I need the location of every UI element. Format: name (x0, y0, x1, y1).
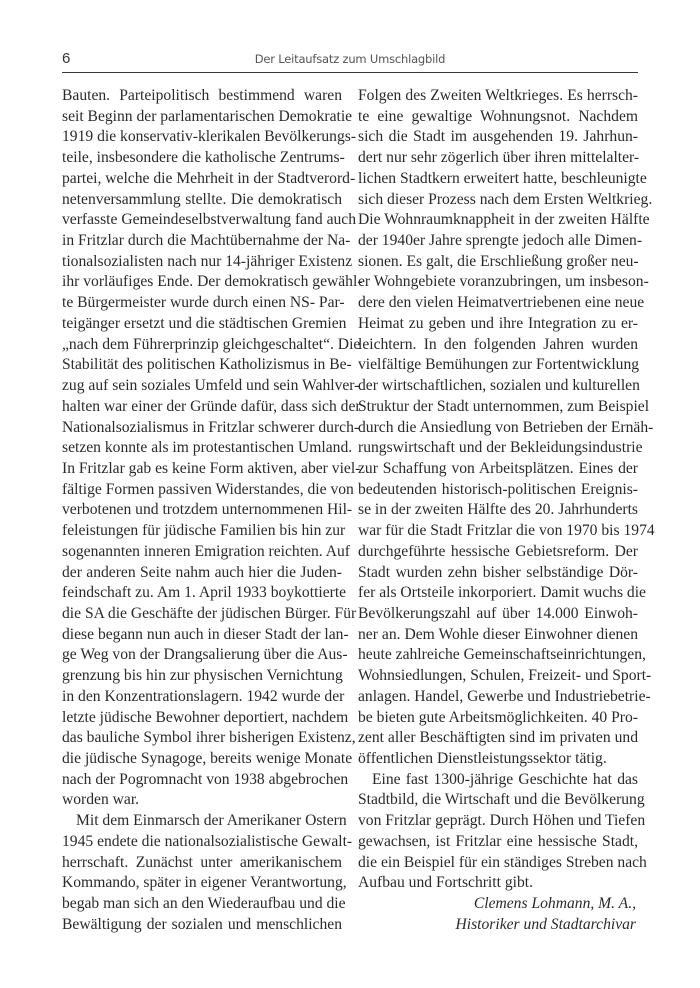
text-line: in den Konzentrationslagern. 1942 wurde … (62, 687, 342, 708)
text-line: setzen konnte als im protestantischen Um… (62, 438, 342, 459)
text-line: Heimat zu geben und ihre Integration zu … (358, 314, 638, 335)
text-line: Aufbau und Fortschritt gibt. (358, 873, 638, 894)
text-line: 1945 endete die nationalsozialistische G… (62, 832, 342, 853)
text-line: teile, insbesondere die katholische Zent… (62, 148, 342, 169)
text-line: feleistungen für jüdische Familien bis h… (62, 521, 342, 542)
text-line: diese begann nun auch in dieser Stadt de… (62, 625, 342, 646)
text-line: von Fritzlar geprägt. Durch Höhen und Ti… (358, 811, 638, 832)
text-line: feindschaft zu. Am 1. April 1933 boykott… (62, 583, 342, 604)
text-line: Stabilität des politischen Katholizismus… (62, 355, 342, 376)
text-line: er Wohngebiete voranzubringen, um insbes… (358, 272, 638, 293)
text-line: der 1940er Jahre sprengte jedoch alle Di… (358, 231, 638, 252)
text-line: halten war einer der Gründe dafür, dass … (62, 397, 342, 418)
text-line: rungswirtschaft und der Bekleidungsindus… (358, 438, 638, 459)
text-line: begab man sich an den Wiederaufbau und d… (62, 894, 342, 915)
text-line: worden war. (62, 790, 342, 811)
text-line: bedeutenden historisch-politischen Ereig… (358, 480, 638, 501)
text-line: zug auf sein soziales Umfeld und sein Wa… (62, 376, 342, 397)
text-line: Bewältigung der sozialen und menschliche… (62, 915, 342, 936)
text-line: dert nur sehr zögerlich über ihren mitte… (358, 148, 638, 169)
text-line: grenzung bis hin zur physischen Vernicht… (62, 666, 342, 687)
text-line: die SA die Geschäfte der jüdischen Bürge… (62, 604, 342, 625)
text-line: heute zahlreiche Gemeinschaftseinrichtun… (358, 645, 638, 666)
text-line: fältige Formen passiven Widerstandes, di… (62, 480, 342, 501)
text-line: „nach dem Führerprinzip gleichgeschaltet… (62, 335, 342, 356)
text-line: sich die Stadt im ausgehenden 19. Jahrhu… (358, 127, 638, 148)
text-line: sogenannten inneren Emigration reichten.… (62, 542, 342, 563)
text-line: In Fritzlar gab es keine Form aktiven, a… (62, 459, 342, 480)
text-line: Die Wohnraumknappheit in der zweiten Häl… (358, 210, 638, 231)
text-line: Folgen des Zweiten Weltkrieges. Es herrs… (358, 86, 638, 107)
text-line: gewachsen, ist Fritzlar eine hessische S… (358, 832, 638, 853)
text-line: tionalsozialisten nach nur 14-jähriger E… (62, 252, 342, 273)
text-line: verbotenen und trotzdem unternommenen Hi… (62, 500, 342, 521)
text-line: Mit dem Einmarsch der Amerikaner Ostern (62, 811, 342, 832)
right-column: Folgen des Zweiten Weltkrieges. Es herrs… (358, 86, 638, 935)
text-line: Stadt wurden zehn bisher selbständige Dö… (358, 563, 638, 584)
signature-role: Historiker und Stadtarchivar (358, 915, 638, 936)
text-line: der wirtschaftlichen, sozialen und kultu… (358, 376, 638, 397)
text-line: Nationalsozialismus in Fritzlar schwerer… (62, 418, 342, 439)
text-line: letzte jüdische Bewohner deportiert, nac… (62, 708, 342, 729)
text-line: ihr vorläufiges Ende. Der demokratisch g… (62, 272, 342, 293)
text-line: nach der Pogromnacht von 1938 abgebroche… (62, 770, 342, 791)
running-title: Der Leitaufsatz zum Umschlagbild (62, 52, 638, 66)
text-line: war für die Stadt Fritzlar die von 1970 … (358, 521, 638, 542)
text-line: 1919 die konservativ-klerikalen Bevölker… (62, 127, 342, 148)
text-line: Kommando, später in eigener Verantwortun… (62, 873, 342, 894)
text-line: sich dieser Prozess nach dem Ersten Welt… (358, 190, 638, 211)
text-line: te eine gewaltige Wohnungsnot. Nachdem (358, 107, 638, 128)
text-line: lichen Stadtkern erweitert hatte, beschl… (358, 169, 638, 190)
text-line: ner an. Dem Wohle dieser Einwohner diene… (358, 625, 638, 646)
text-line: Stadtbild, die Wirtschaft und die Bevölk… (358, 790, 638, 811)
text-line: zur Schaffung von Arbeitsplätzen. Eines … (358, 459, 638, 480)
text-line: sionen. Es galt, die Erschließung großer… (358, 252, 638, 273)
text-line: Struktur der Stadt unternommen, zum Beis… (358, 397, 638, 418)
text-line: durchgeführte hessische Gebietsreform. D… (358, 542, 638, 563)
text-line: herrschaft. Zunächst unter amerikanische… (62, 853, 342, 874)
text-line: die ein Beispiel für ein ständiges Streb… (358, 853, 638, 874)
text-line: be bieten gute Arbeitsmöglichkeiten. 40 … (358, 708, 638, 729)
text-line: seit Beginn der parlamentarischen Demokr… (62, 107, 342, 128)
text-line: in Fritzlar durch die Machtübernahme der… (62, 231, 342, 252)
text-line: zent aller Beschäftigten sind im private… (358, 728, 638, 749)
text-line: vielfältige Bemühungen zur Fortentwicklu… (358, 355, 638, 376)
text-line: durch die Ansiedlung von Betrieben der E… (358, 418, 638, 439)
text-line: netenversammlung stellte. Die demokratis… (62, 190, 342, 211)
text-line: Bevölkerungszahl auf über 14.000 Einwoh- (358, 604, 638, 625)
text-line: se in der zweiten Hälfte des 20. Jahrhun… (358, 500, 638, 521)
text-line: dere den vielen Heimatvertriebenen eine … (358, 293, 638, 314)
text-line: der anderen Seite nahm auch hier die Jud… (62, 563, 342, 584)
text-line: te Bürgermeister wurde durch einen NS- P… (62, 293, 342, 314)
left-column: Bauten. Parteipolitisch bestimmend waren… (62, 86, 342, 935)
text-line: das bauliche Symbol ihrer bisherigen Exi… (62, 728, 342, 749)
text-line: Wohnsiedlungen, Schulen, Freizeit- und S… (358, 666, 638, 687)
text-line: Bauten. Parteipolitisch bestimmend waren (62, 86, 342, 107)
text-line: ge Weg von der Drangsalierung über die A… (62, 645, 342, 666)
text-line: Eine fast 1300-jährige Geschichte hat da… (358, 770, 638, 791)
text-line: anlagen. Handel, Gewerbe und Industriebe… (358, 687, 638, 708)
text-line: verfasste Gemeindeselbstverwaltung fand … (62, 210, 342, 231)
text-line: öffentlichen Dienstleistungssektor tätig… (358, 749, 638, 770)
text-line: die jüdische Synagoge, bereits wenige Mo… (62, 749, 342, 770)
signature-author: Clemens Lohmann, M. A., (358, 894, 638, 915)
text-line: partei, welche die Mehrheit in der Stadt… (62, 169, 342, 190)
text-line: teigänger ersetzt und die städtischen Gr… (62, 314, 342, 335)
text-line: leichtern. In den folgenden Jahren wurde… (358, 335, 638, 356)
text-line: fer als Ortsteile inkorporiert. Damit wu… (358, 583, 638, 604)
page-header: 6 Der Leitaufsatz zum Umschlagbild (62, 48, 638, 73)
